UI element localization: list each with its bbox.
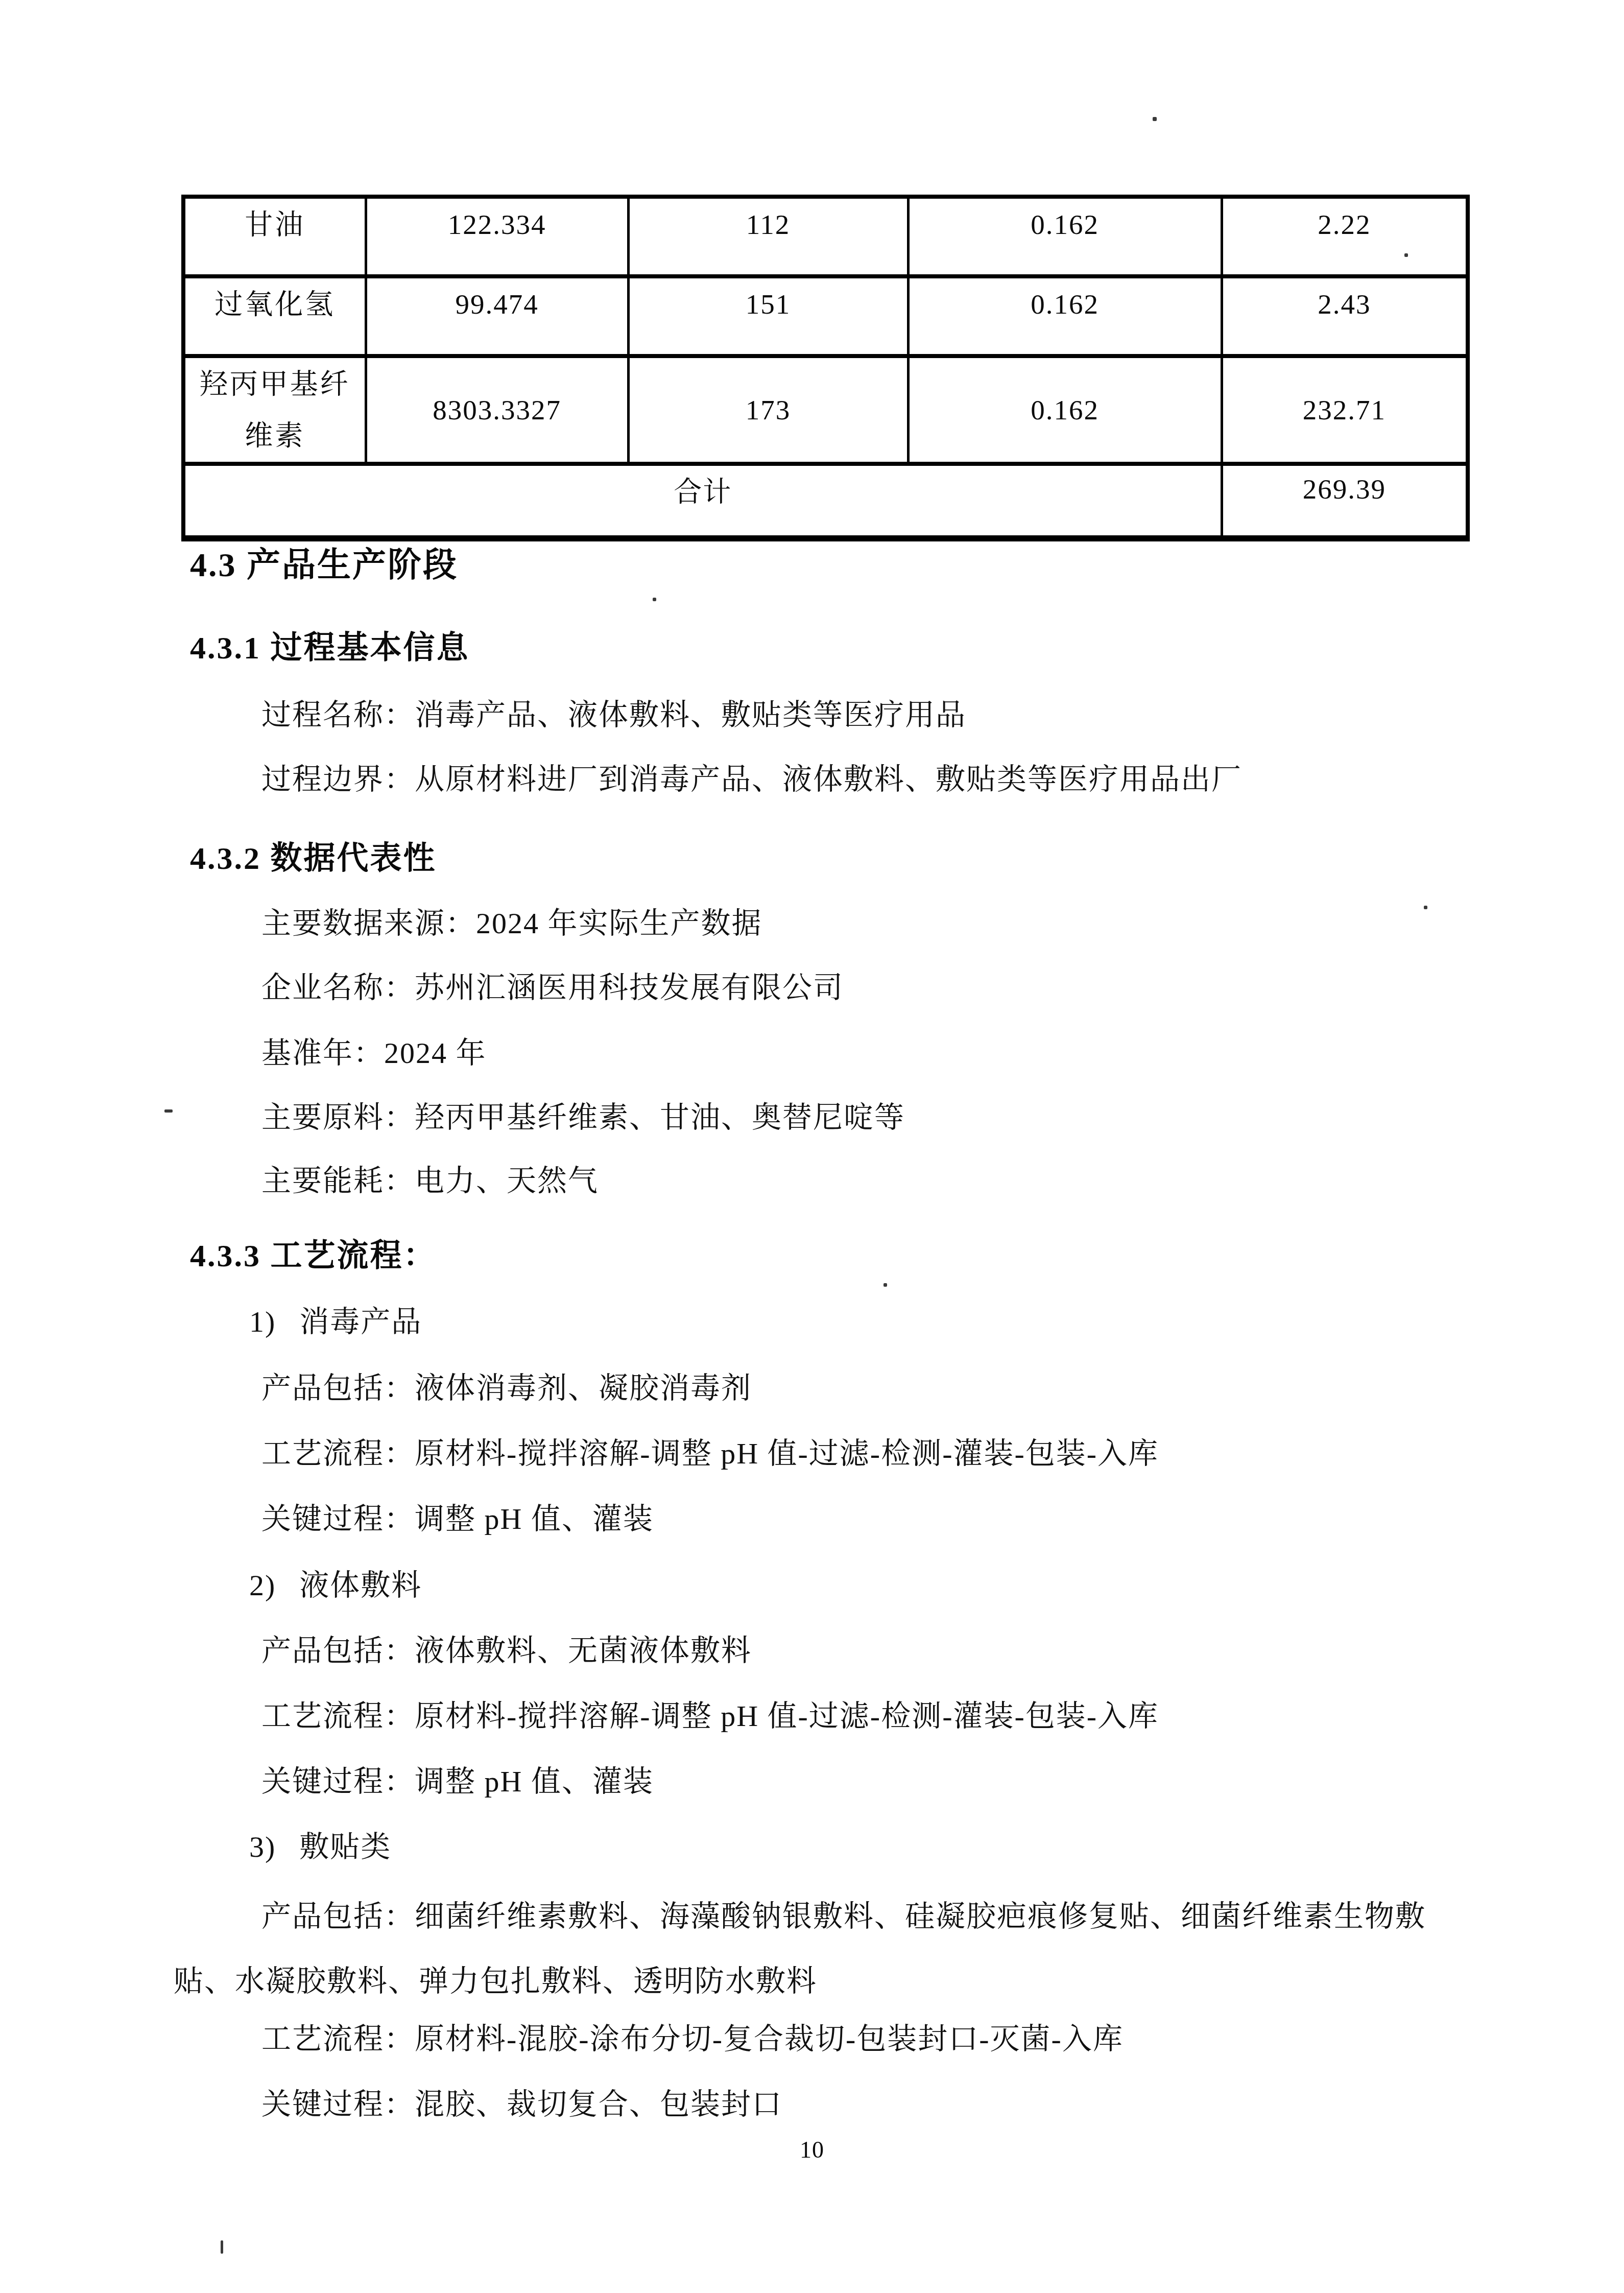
item-1-title: 1)消毒产品 — [249, 1297, 422, 1340]
process-boundary-line: 过程边界：从原材料进厂到消毒产品、液体敷料、敷贴类等医疗用品出厂 — [261, 755, 1242, 798]
document-page: 甘油 122.334 112 0.162 2.22 过氧化氢 99.474 15… — [0, 0, 1624, 2293]
item-name: 消毒产品 — [299, 1297, 422, 1340]
item-number: 1) — [249, 1305, 276, 1339]
item-name: 敷贴类 — [299, 1823, 391, 1865]
material-name: 过氧化氢 — [214, 278, 335, 330]
base-year-line: 基准年：2024 年 — [261, 1029, 487, 1072]
scan-artifact — [603, 2045, 606, 2048]
table-row: 羟丙甲基纤维素 8303.3327 173 0.162 232.71 — [183, 356, 1468, 464]
section-heading-4-3-2: 4.3.2 数据代表性 — [190, 833, 437, 878]
item-3-title: 3)敷贴类 — [249, 1823, 391, 1865]
total-value-cell: 269.39 — [1222, 464, 1468, 538]
table-total-row: 合计 269.39 — [183, 464, 1468, 538]
item-3-key-line: 关键过程：混胶、裁切复合、包装封口 — [261, 2080, 782, 2123]
item-2-title: 2)液体敷料 — [249, 1561, 422, 1604]
item-name: 液体敷料 — [299, 1561, 422, 1604]
material-name-cell: 甘油 — [183, 197, 366, 276]
section-heading-4-3: 4.3 产品生产阶段 — [190, 537, 458, 586]
value-cell: 232.71 — [1222, 356, 1468, 464]
materials-table: 甘油 122.334 112 0.162 2.22 过氧化氢 99.474 15… — [181, 195, 1470, 541]
item-number: 3) — [249, 1830, 276, 1864]
material-name: 羟丙甲基纤维素 — [198, 358, 351, 462]
total-label-cell: 合计 — [183, 464, 1222, 538]
material-name-cell: 过氧化氢 — [183, 276, 366, 356]
table-row: 甘油 122.334 112 0.162 2.22 — [183, 197, 1468, 276]
scan-artifact — [653, 598, 656, 601]
value-cell: 173 — [628, 356, 908, 464]
data-source-line: 主要数据来源：2024 年实际生产数据 — [261, 899, 762, 942]
scan-artifact — [883, 1283, 887, 1287]
scan-artifact — [1404, 253, 1408, 257]
scan-artifact — [1153, 117, 1157, 121]
item-1-products-line: 产品包括：液体消毒剂、凝胶消毒剂 — [261, 1364, 752, 1407]
main-materials-line: 主要原料：羟丙甲基纤维素、甘油、奥替尼啶等 — [261, 1093, 905, 1136]
value-cell: 0.162 — [908, 356, 1222, 464]
item-3-flow-line: 工艺流程：原材料-混胶-涂布分切-复合裁切-包装封口-灭菌-入库 — [261, 2015, 1124, 2058]
value-cell: 2.22 — [1222, 197, 1468, 276]
value-cell: 2.43 — [1222, 276, 1468, 356]
item-2-key-line: 关键过程：调整 pH 值、灌装 — [261, 1757, 654, 1800]
section-heading-4-3-3: 4.3.3 工艺流程： — [190, 1230, 437, 1275]
item-1-flow-line: 工艺流程：原材料-搅拌溶解-调整 pH 值-过滤-检测-灌装-包装-入库 — [261, 1429, 1159, 1472]
scan-artifact — [164, 1109, 173, 1113]
table-row: 过氧化氢 99.474 151 0.162 2.43 — [183, 276, 1468, 356]
material-name-cell: 羟丙甲基纤维素 — [183, 356, 366, 464]
process-name-line: 过程名称：消毒产品、液体敷料、敷贴类等医疗用品 — [261, 691, 966, 734]
value-cell: 122.334 — [366, 197, 628, 276]
scan-artifact — [1424, 906, 1427, 909]
page-number: 10 — [0, 2136, 1624, 2163]
value-cell: 99.474 — [366, 276, 628, 356]
material-name: 甘油 — [245, 199, 305, 251]
value-cell: 0.162 — [908, 276, 1222, 356]
company-name-line: 企业名称：苏州汇涵医用科技发展有限公司 — [261, 963, 844, 1006]
main-energy-line: 主要能耗：电力、天然气 — [261, 1156, 599, 1199]
scan-artifact — [221, 2240, 223, 2254]
item-3-products-line: 产品包括：细菌纤维素敷料、海藻酸钠银敷料、硅凝胶疤痕修复贴、细菌纤维素生物敷贴、… — [174, 1884, 1466, 2014]
value-cell: 151 — [628, 276, 908, 356]
item-2-flow-line: 工艺流程：原材料-搅拌溶解-调整 pH 值-过滤-检测-灌装-包装-入库 — [261, 1692, 1159, 1735]
value-cell: 8303.3327 — [366, 356, 628, 464]
item-2-products-line: 产品包括：液体敷料、无菌液体敷料 — [261, 1626, 752, 1669]
value-cell: 112 — [628, 197, 908, 276]
item-number: 2) — [249, 1568, 276, 1602]
section-heading-4-3-1: 4.3.1 过程基本信息 — [190, 622, 470, 668]
item-1-key-line: 关键过程：调整 pH 值、灌装 — [261, 1495, 654, 1538]
value-cell: 0.162 — [908, 197, 1222, 276]
